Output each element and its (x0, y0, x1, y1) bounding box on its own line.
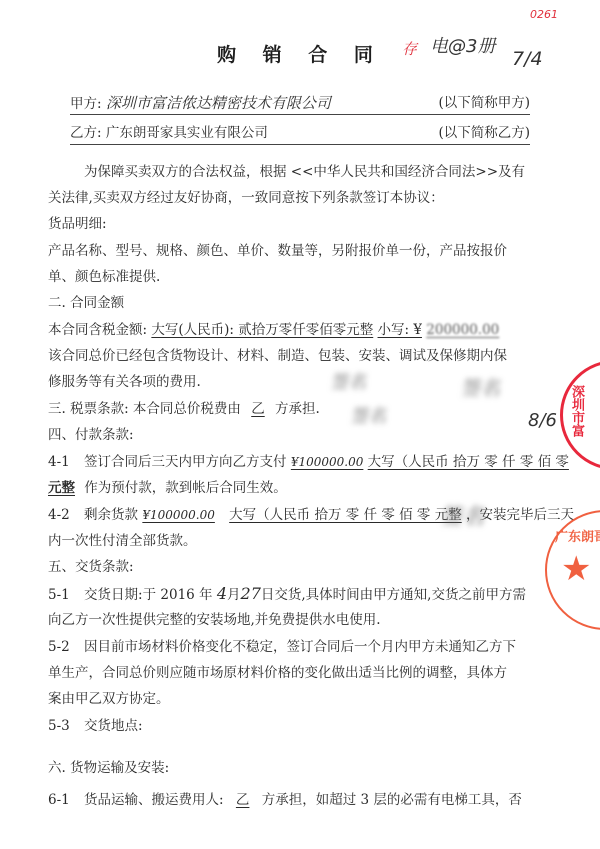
goods-line-2: 单、颜色标准提供. (48, 267, 160, 287)
preamble-line-1: 为保障买卖双方的合法权益，根据 <<中华人民共和国经济合同法>>及有 (84, 162, 525, 182)
delivery-5-1: 5-1 交货日期:于 2016 年 4月27日交货,具体时间由甲方通知,交货之前… (48, 584, 526, 605)
item-5-2-line-1: 因目前市场材料价格变化不稳定，签订合同后一个月内甲方未通知乙方下 (84, 639, 516, 655)
goods-heading: 货品明细: (48, 214, 107, 234)
item-4-2-upper: 大写（人民币 拾万 零 仟 零 佰 零 元整 (229, 507, 462, 523)
item-4-2-text: 剩余货款 (84, 507, 138, 523)
item-5-2-num: 5-2 (48, 639, 70, 655)
payment-4-2: 4-2 剩余货款 ¥100000.00 大写（人民币 拾万 零 仟 零 佰 零 … (48, 505, 574, 525)
party-b-label: 乙方: (70, 122, 102, 144)
party-a-label: 甲方: (70, 93, 102, 115)
delivery-5-2: 5-2 因目前市场材料价格变化不稳定，签订合同后一个月内甲方未通知乙方下 (48, 637, 516, 657)
goods-line-1: 产品名称、型号、规格、颜色、单价、数量等，另附报价单一份，产品按报价 (48, 241, 507, 261)
handwritten-date-top: 7/4 (512, 48, 543, 70)
delivery-5-3: 5-3 交货地点: (48, 716, 143, 736)
redacted-signature-4: 签名 (440, 500, 484, 531)
delivery-day: 27 (241, 584, 261, 603)
redacted-signature-2: 签名 (460, 372, 500, 401)
amount-upper: 大写(人民币): 贰拾万零仟零佰零元整 (151, 322, 373, 338)
item-4-1-yuan: 元整 (48, 480, 75, 496)
item-6-1-prefix: 货品运输、搬运费用人: (84, 792, 224, 808)
item-6-1-party: 乙 (228, 792, 258, 808)
item-4-2-num: 4-2 (48, 507, 70, 523)
handwritten-date-side: 8/6 (528, 410, 557, 431)
payment-4-1: 4-1 签订合同后三天内甲方向乙方支付 ¥100000.00 大写（人民币 拾万… (48, 452, 569, 472)
item-6-1-suffix: 方承担，如超过 3 层的必需有电梯工具，否 (262, 792, 522, 808)
handwritten-note: 电@3册 (430, 32, 495, 58)
payment-4-1-line-2: 元整 作为预付款，款到帐后合同生效。 (48, 478, 287, 498)
delivery-5-2-line-3: 案由甲乙双方协定。 (48, 689, 170, 709)
party-a-row: 甲方: 深圳市富洁侬达精密技术有限公司 (以下简称甲方) (70, 92, 530, 115)
preamble-line-2: 关法律,买卖双方经过友好协商，一致同意按下列条款签订本协议： (48, 188, 444, 208)
transport-6-1: 6-1 货品运输、搬运费用人: 乙 方承担，如超过 3 层的必需有电梯工具，否 (48, 790, 522, 810)
item-6-1-num: 6-1 (48, 792, 70, 808)
item-5-1-text-c: 日交货,具体时间由甲方通知,交货之前甲方需 (261, 587, 526, 603)
section6-heading: 六. 货物运输及安装: (48, 758, 169, 778)
item-4-2-amount: ¥100000.00 (142, 508, 215, 522)
item-4-1-amount: ¥100000.00 (291, 455, 364, 469)
archive-mark: 存 (402, 38, 417, 59)
item-4-1-text: 签订合同后三天内甲方向乙方支付 (84, 454, 287, 470)
document-title: 购 销 合 同 (0, 40, 600, 67)
section5-heading: 五、交货条款: (48, 557, 134, 577)
party-a-name: 深圳市富洁侬达精密技术有限公司 (106, 92, 331, 114)
amount-label: 本合同含税金额: (48, 322, 147, 338)
redacted-signature-3: 签名 (350, 402, 386, 428)
item-4-1-num: 4-1 (48, 454, 70, 470)
section2-line-3: 修服务等有关各项的费用. (48, 372, 201, 392)
item-5-3-text: 交货地点: (84, 718, 143, 734)
party-a-seal-text: 深圳市富 (567, 385, 586, 437)
section3-party: 乙 (245, 401, 271, 417)
party-b-seal-text: 广东朗哥 (555, 526, 600, 545)
item-5-1-num: 5-1 (48, 587, 70, 603)
delivery-5-2-line-2: 单生产，合同总价则应随市场原材料价格的变化做出适当比例的调整，具体方 (48, 663, 507, 683)
amount-lower-value: 200000.00 (426, 320, 499, 340)
party-b-name: 广东朗哥家具实业有限公司 (106, 122, 268, 144)
party-b-seal: 广东朗哥 ★ (545, 510, 600, 630)
section2-heading: 二. 合同金额 (48, 293, 124, 313)
section2-line-2: 该合同总价已经包含货物设计、材料、制造、包装、安装、调试及保修期内保 (48, 346, 507, 366)
contract-amount-line: 本合同含税金额: 大写(人民币): 贰拾万零仟零佰零元整 小写: ¥ 20000… (48, 320, 499, 340)
item-5-1-text-b: 月 (227, 587, 241, 603)
contract-page: 购 销 合 同 存 电@3册 7/4 0261 甲方: 深圳市富洁侬达精密技术有… (0, 0, 600, 849)
section4-heading: 四、付款条款: (48, 425, 134, 445)
item-5-1-text-a: 交货日期:于 2016 年 (84, 587, 213, 603)
section3-prefix: 三. 税票条款: 本合同总价税费由 (48, 401, 241, 417)
redacted-signature-1: 签名 (330, 368, 366, 394)
delivery-month: 4 (217, 584, 227, 603)
payment-4-2-line-2: 内一次性付清全部货款。 (48, 531, 197, 551)
star-icon: ★ (561, 552, 591, 586)
party-b-row: 乙方: 广东朗哥家具实业有限公司 (以下简称乙方) (70, 122, 530, 145)
section3-line: 三. 税票条款: 本合同总价税费由 乙 方承担. (48, 399, 320, 419)
item-4-1-upper: 大写（人民币 拾万 零 仟 零 佰 零 (368, 454, 569, 470)
amount-lower-label: 小写: ¥ (378, 322, 422, 338)
party-b-abbr: (以下简称乙方) (438, 122, 530, 144)
delivery-5-1-line-2: 向乙方一次性提供完整的安装场地,并免费提供水电使用. (48, 610, 381, 630)
item-4-1-rest: 作为预付款，款到帐后合同生效。 (84, 480, 287, 496)
party-a-abbr: (以下简称甲方) (438, 92, 530, 114)
section3-suffix: 方承担. (275, 401, 320, 417)
item-5-3-num: 5-3 (48, 718, 70, 734)
handwritten-number: 0261 (530, 8, 558, 21)
